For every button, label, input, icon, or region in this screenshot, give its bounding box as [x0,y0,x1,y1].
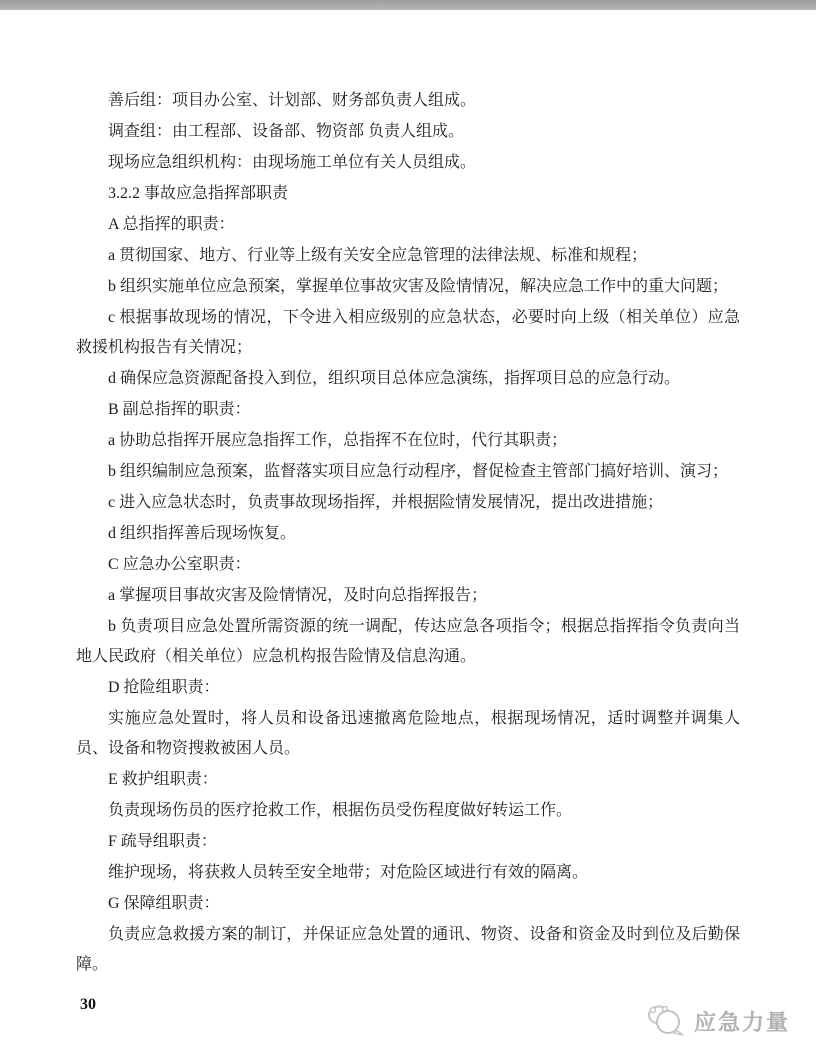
paragraph: 现场应急组织机构：由现场施工单位有关人员组成。 [76,148,740,178]
watermark-brand-text: 应急力量 [694,1006,790,1037]
paragraph: b 负责项目应急处置所需资源的统一调配，传达应急各项指令；根据总指挥指令负责向当… [76,612,740,672]
paragraph: a 掌握项目事故灾害及险情情况，及时向总指挥报告； [76,581,740,611]
paragraph: b 组织编制应急预案，监督落实项目应急行动程序，督促检查主管部门搞好培训、演习； [76,457,740,487]
paragraph: D 抢险组职责： [76,673,740,703]
paragraph: 负责应急救援方案的制订，并保证应急处置的通讯、物资、设备和资金及时到位及后勤保障… [76,920,740,980]
paragraph: 3.2.2 事故应急指挥部职责 [76,179,740,209]
paragraph: c 进入应急状态时，负责事故现场指挥，并根据险情发展情况，提出改进措施； [76,488,740,518]
paragraph: C 应急办公室职责： [76,550,740,580]
paragraph: a 贯彻国家、地方、行业等上级有关安全应急管理的法律法规、标准和规程； [76,241,740,271]
paragraph: 善后组：项目办公室、计划部、财务部负责人组成。 [76,86,740,116]
document-body: 善后组：项目办公室、计划部、财务部负责人组成。调查组：由工程部、设备部、物资部 … [76,86,740,981]
paragraph: A 总指挥的职责： [76,210,740,240]
paragraph: c 根据事故现场的情况，下令进入相应级别的应急状态，必要时向上级（相关单位）应急… [76,303,740,363]
paragraph: 维护现场，将获救人员转至安全地带；对危险区域进行有效的隔离。 [76,858,740,888]
page-number: 30 [80,996,96,1014]
paragraph: d 组织指挥善后现场恢复。 [76,519,740,549]
watermark: 应急力量 [646,1004,790,1038]
paragraph: a 协助总指挥开展应急指挥工作，总指挥不在位时，代行其职责； [76,426,740,456]
page-top-separator-bar [0,0,816,10]
paragraph: 负责现场伤员的医疗抢救工作，根据伤员受伤程度做好转运工作。 [76,796,740,826]
paragraph: F 疏导组职责： [76,827,740,857]
paragraph: 调查组：由工程部、设备部、物资部 负责人组成。 [76,117,740,147]
paragraph: G 保障组职责： [76,889,740,919]
paragraph: E 救护组职责： [76,765,740,795]
paragraph: d 确保应急资源配备投入到位，组织项目总体应急演练，指挥项目总的应急行动。 [76,364,740,394]
paragraph: 实施应急处置时，将人员和设备迅速撤离危险地点，根据现场情况，适时调整并调集人员、… [76,704,740,764]
watermark-logo-icon [646,1004,688,1038]
paragraph: B 副总指挥的职责： [76,395,740,425]
paragraph: b 组织实施单位应急预案，掌握单位事故灾害及险情情况，解决应急工作中的重大问题； [76,272,740,302]
